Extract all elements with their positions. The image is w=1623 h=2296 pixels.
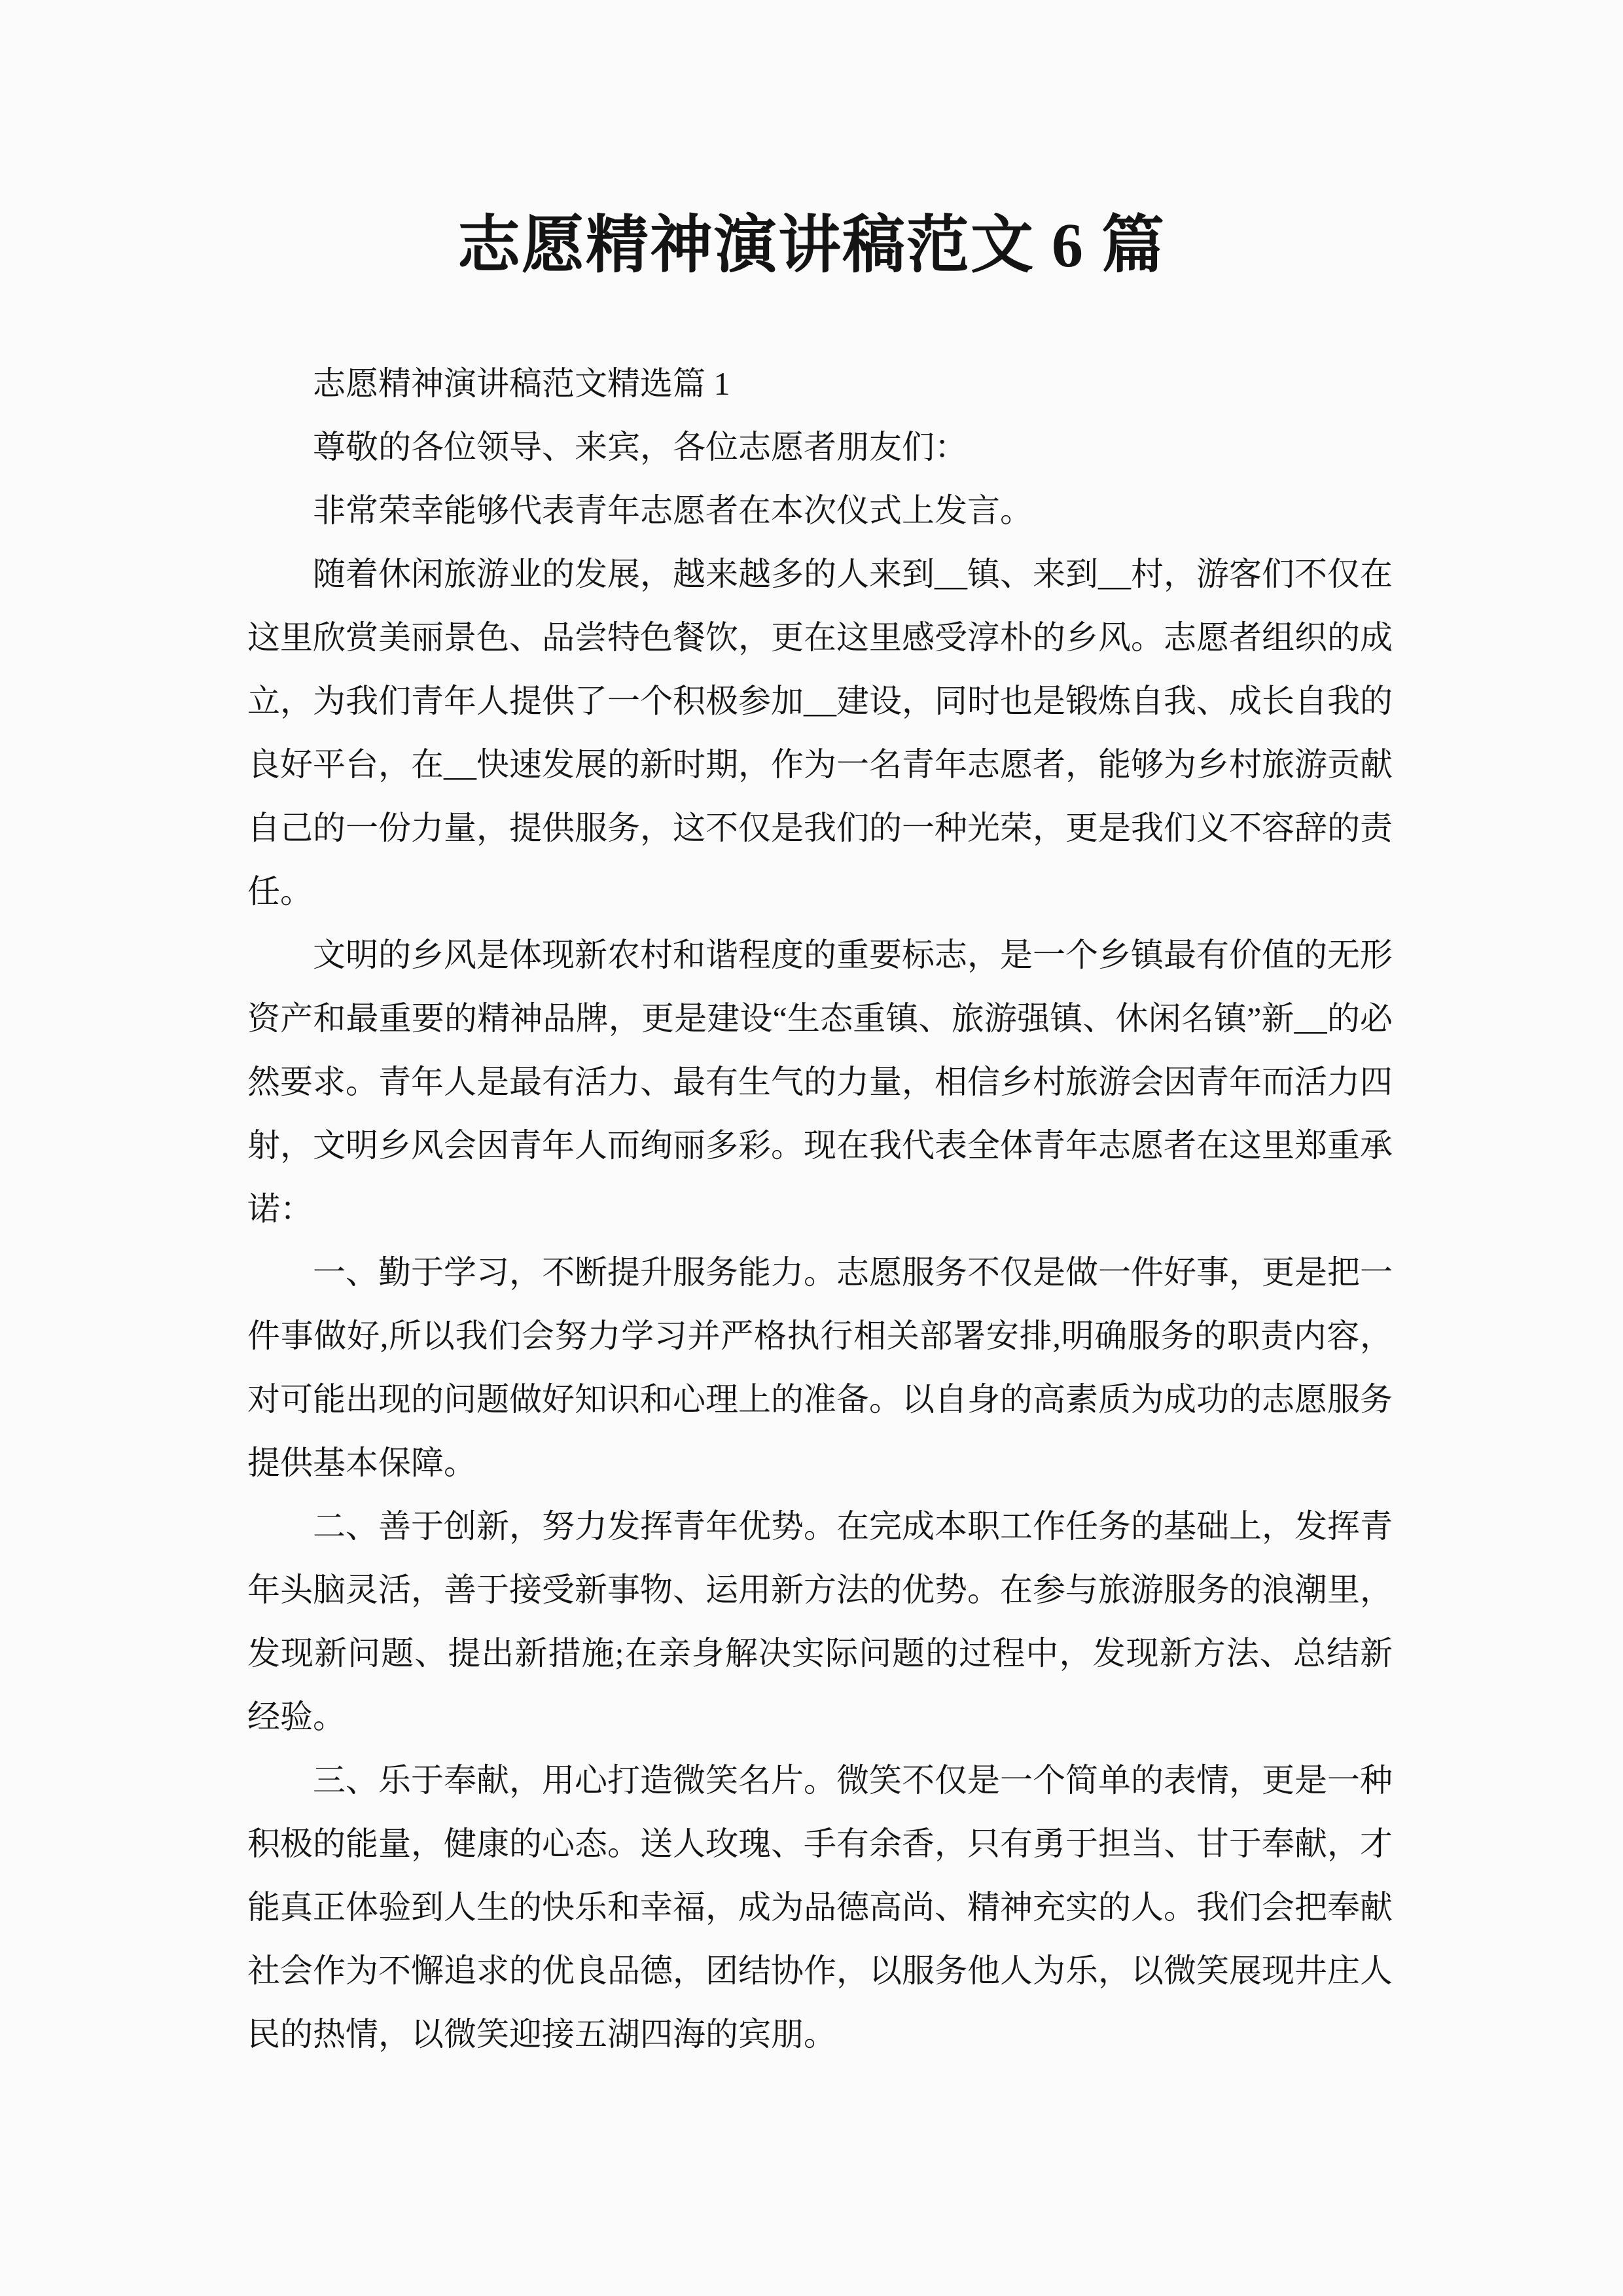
body-paragraph: 文明的乡风是体现新农村和谐程度的重要标志，是一个乡镇最有价值的无形资产和最重要的…: [247, 924, 1393, 1241]
document-page: 志愿精神演讲稿范文 6 篇 志愿精神演讲稿范文精选篇 1 尊敬的各位领导、来宾，…: [0, 0, 1623, 2296]
salutation-line: 尊敬的各位领导、来宾，各位志愿者朋友们：: [247, 416, 1393, 479]
body-paragraph-point-3: 三、乐于奉献，用心打造微笑名片。微笑不仅是一个简单的表情，更是一种积极的能量，健…: [247, 1749, 1393, 2066]
document-title: 志愿精神演讲稿范文 6 篇: [0, 0, 1623, 284]
body-paragraph: 随着休闲旅游业的发展，越来越多的人来到__镇、来到__村，游客们不仅在这里欣赏美…: [247, 543, 1393, 924]
body-paragraph-point-1: 一、勤于学习，不断提升服务能力。志愿服务不仅是做一件好事，更是把一件事做好,所以…: [247, 1241, 1393, 1495]
opening-line: 非常荣幸能够代表青年志愿者在本次仪式上发言。: [247, 479, 1393, 543]
document-body: 志愿精神演讲稿范文精选篇 1 尊敬的各位领导、来宾，各位志愿者朋友们： 非常荣幸…: [247, 352, 1393, 2066]
section-heading: 志愿精神演讲稿范文精选篇 1: [247, 352, 1393, 416]
body-paragraph-point-2: 二、善于创新，努力发挥青年优势。在完成本职工作任务的基础上，发挥青年头脑灵活，善…: [247, 1495, 1393, 1749]
